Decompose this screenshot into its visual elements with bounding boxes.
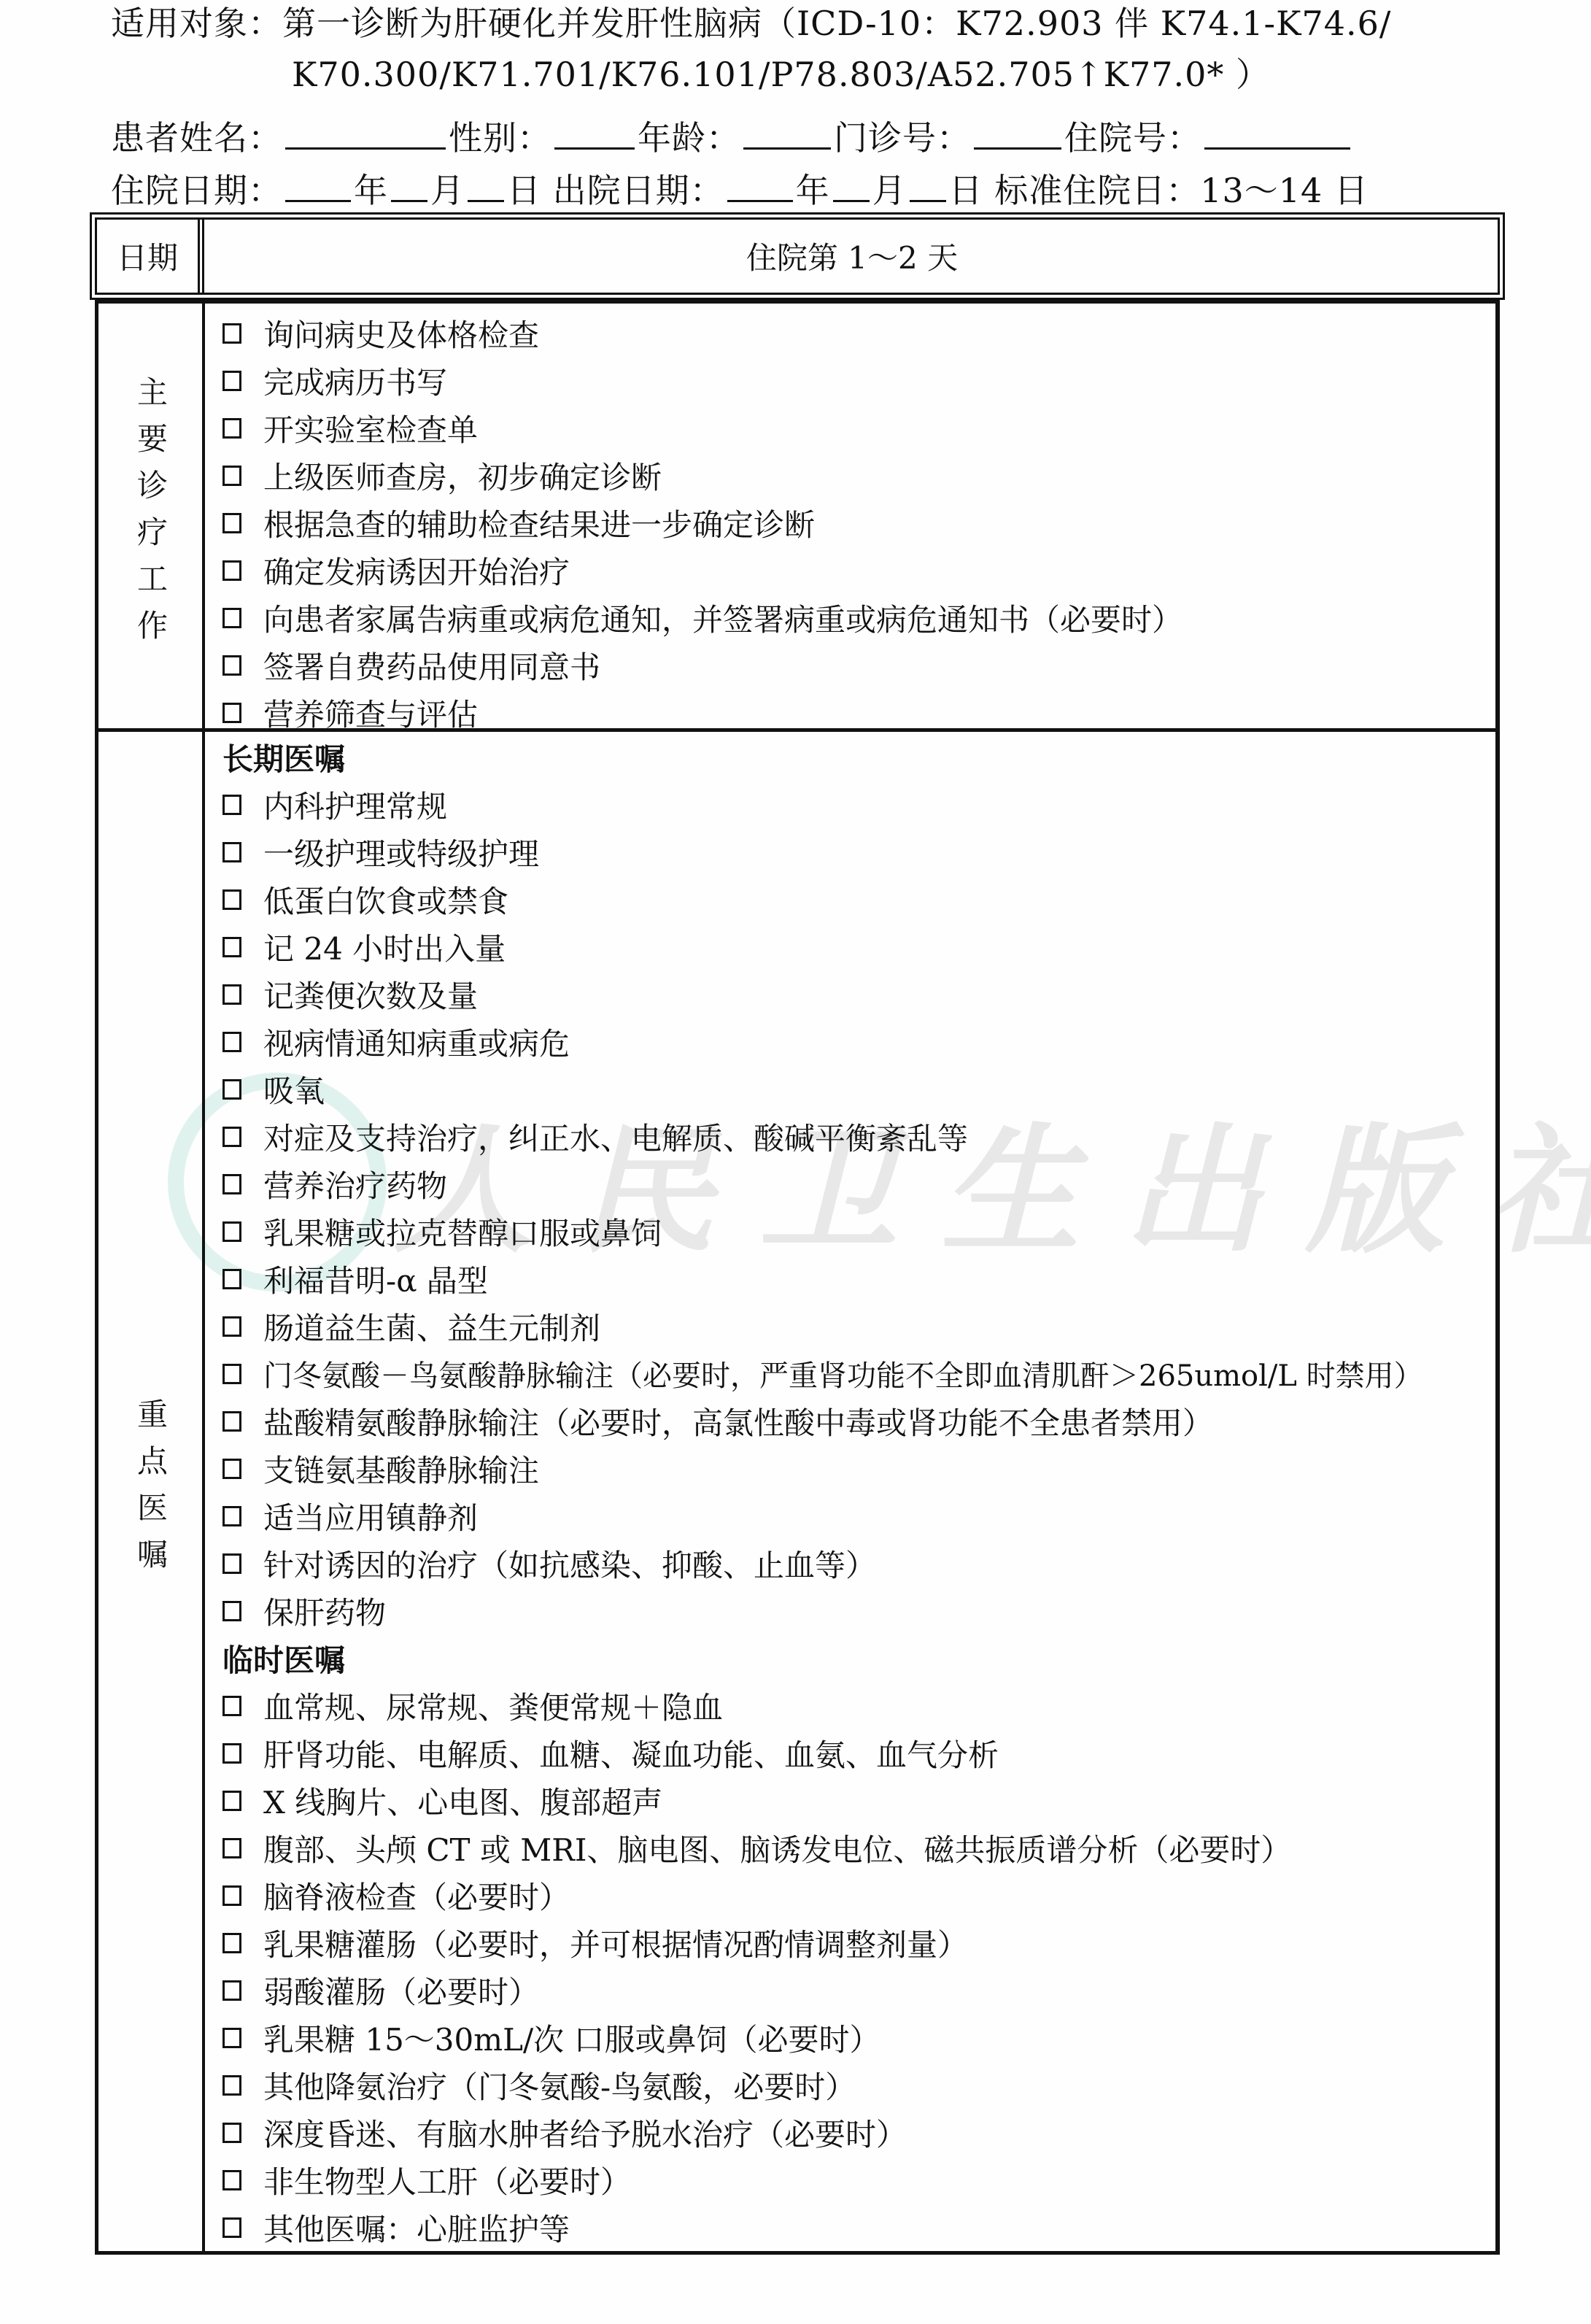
discharge-date-label: 出院日期：: [553, 171, 724, 210]
checklist-item: 门冬氨酸－鸟氨酸静脉输注（必要时，严重肾功能不全即血清肌酐＞265umol/L …: [222, 1350, 1495, 1397]
checklist-item: 其他医嘱：心脏监护等: [222, 2204, 1495, 2251]
checkbox[interactable]: [222, 1553, 241, 1574]
checkbox[interactable]: [222, 1032, 241, 1052]
checkbox[interactable]: [222, 608, 241, 628]
applicable-line-1: 适用对象：第一诊断为肝硬化并发肝性脑病（ICD-10：K72.903 伴 K74…: [111, 1, 1391, 45]
gender-label: 性别：: [449, 118, 551, 158]
checklist-item: 保肝药物: [222, 1587, 1495, 1634]
dates-line: 住院日期：年月日 出院日期：年月日 标准住院日：13～14 日: [111, 168, 1369, 212]
table-header-row: 日期 住院第 1～2 天: [95, 217, 1500, 295]
section-main-work: 主要诊疗工作 询问病史及体格检查 完成病历书写 开实验室检查单 上级医师查房，初…: [95, 300, 1500, 732]
checkbox[interactable]: [222, 2075, 241, 2096]
applicable-text-2: K70.300/K71.701/K76.101/P78.803/A52.705↑…: [292, 55, 1270, 94]
checkbox[interactable]: [222, 937, 241, 957]
checklist-item: 低蛋白饮食或禁食: [222, 876, 1495, 923]
checkbox[interactable]: [222, 1174, 241, 1194]
checkbox[interactable]: [222, 1221, 241, 1242]
checklist-item: 非生物型人工肝（必要时）: [222, 2156, 1495, 2204]
long-term-orders-title: 长期医嘱: [222, 733, 1495, 781]
checklist-item: 乳果糖 15～30mL/次 口服或鼻饲（必要时）: [222, 2014, 1495, 2061]
checklist-item: 脑脊液检查（必要时）: [222, 1872, 1495, 1919]
checklist-item: 记粪便次数及量: [222, 970, 1495, 1018]
checkbox[interactable]: [222, 1791, 241, 1811]
checklist-item: 视病情通知病重或病危: [222, 1018, 1495, 1065]
checklist-item: 确定发病诱因开始治疗: [222, 547, 1495, 594]
discharge-month-field[interactable]: [833, 168, 870, 202]
applicable-label: 适用对象：: [111, 4, 282, 43]
patient-name-label: 患者姓名：: [111, 118, 282, 158]
checklist-item: 询问病史及体格检查: [222, 309, 1495, 357]
outpatient-no-field[interactable]: [974, 115, 1061, 150]
checklist-item: 乳果糖灌肠（必要时，并可根据情况酌情调整剂量）: [222, 1919, 1495, 1966]
checkbox[interactable]: [222, 1459, 241, 1479]
checkbox[interactable]: [222, 2028, 241, 2048]
checklist-item: 深度昏迷、有脑水肿者给予脱水治疗（必要时）: [222, 2109, 1495, 2156]
checkbox[interactable]: [222, 655, 241, 676]
admission-day-field[interactable]: [468, 168, 504, 202]
checkbox[interactable]: [222, 560, 241, 581]
checklist-item: 营养筛查与评估: [222, 689, 1495, 736]
checkbox[interactable]: [222, 1506, 241, 1526]
checklist-item: 开实验室检查单: [222, 404, 1495, 452]
standard-stay-label: 标准住院日：: [994, 171, 1200, 210]
checklist-item: 肠道益生菌、益生元制剂: [222, 1302, 1495, 1350]
section-label-main-work: 主要诊疗工作: [98, 304, 205, 728]
day-label: 日: [507, 171, 541, 210]
admission-date-label: 住院日期：: [111, 171, 282, 210]
checkbox[interactable]: [222, 2217, 241, 2238]
checkbox[interactable]: [222, 1079, 241, 1100]
checkbox[interactable]: [222, 1838, 241, 1858]
checkbox[interactable]: [222, 418, 241, 439]
checklist-item: 对症及支持治疗，纠正水、电解质、酸碱平衡紊乱等: [222, 1113, 1495, 1160]
checkbox[interactable]: [222, 466, 241, 486]
age-field[interactable]: [743, 115, 831, 150]
discharge-year-field[interactable]: [727, 168, 793, 202]
applicable-text-1: 第一诊断为肝硬化并发肝性脑病（ICD-10：K72.903 伴 K74.1-K7…: [282, 4, 1391, 43]
applicable-line-2: K70.300/K71.701/K76.101/P78.803/A52.705↑…: [292, 53, 1270, 96]
checklist-item: 上级医师查房，初步确定诊断: [222, 452, 1495, 499]
checklist-item: 一级护理或特级护理: [222, 828, 1495, 876]
checklist-item: 肝肾功能、电解质、血糖、凝血功能、血氨、血气分析: [222, 1729, 1495, 1777]
checkbox[interactable]: [222, 1933, 241, 1953]
checklist-item: 营养治疗药物: [222, 1160, 1495, 1208]
checkbox[interactable]: [222, 703, 241, 723]
checklist-item: 利福昔明-α 晶型: [222, 1255, 1495, 1302]
checklist-item: 根据急查的辅助检查结果进一步确定诊断: [222, 499, 1495, 547]
checkbox[interactable]: [222, 323, 241, 344]
patient-info-line: 患者姓名：性别：年龄：门诊号：住院号：: [111, 115, 1353, 160]
checklist-item: 完成病历书写: [222, 357, 1495, 404]
year-label: 年: [796, 171, 830, 210]
section-label-key-orders: 重点医嘱: [98, 732, 205, 2251]
date-column-header: 日期: [97, 220, 200, 293]
checklist-item: 支链氨基酸静脉输注: [222, 1445, 1495, 1492]
checkbox[interactable]: [222, 1269, 241, 1289]
checkbox[interactable]: [222, 513, 241, 533]
checklist-item: 内科护理常规: [222, 781, 1495, 828]
discharge-day-field[interactable]: [910, 168, 946, 202]
day-range-header: 住院第 1～2 天: [206, 220, 1498, 293]
day-label: 日: [949, 171, 983, 210]
checkbox[interactable]: [222, 889, 241, 910]
checkbox[interactable]: [222, 984, 241, 1005]
month-label: 月: [872, 171, 907, 210]
checkbox[interactable]: [222, 371, 241, 391]
inpatient-no-field[interactable]: [1204, 115, 1350, 150]
year-label: 年: [354, 171, 388, 210]
standard-stay-value: 13～14 日: [1200, 171, 1369, 210]
checklist-item: 腹部、头颅 CT 或 MRI、脑电图、脑诱发电位、磁共振质谱分析（必要时）: [222, 1824, 1495, 1872]
checkbox[interactable]: [222, 1411, 241, 1432]
checklist-item: 适当应用镇静剂: [222, 1492, 1495, 1540]
checklist-item: X 线胸片、心电图、腹部超声: [222, 1777, 1495, 1824]
checkbox[interactable]: [222, 1980, 241, 2001]
age-label: 年龄：: [638, 118, 740, 158]
checkbox[interactable]: [222, 1601, 241, 1621]
temporary-orders-title: 临时医嘱: [222, 1634, 1495, 1682]
checkbox[interactable]: [222, 795, 241, 815]
checkbox[interactable]: [222, 842, 241, 862]
checkbox[interactable]: [222, 1364, 241, 1384]
outpatient-no-label: 门诊号：: [834, 118, 971, 158]
checklist-item: 盐酸精氨酸静脉输注（必要时，高氯性酸中毒或肾功能不全患者禁用）: [222, 1397, 1495, 1445]
month-label: 月: [430, 171, 465, 210]
admission-month-field[interactable]: [391, 168, 427, 202]
checklist-item: 签署自费药品使用同意书: [222, 641, 1495, 689]
checklist-item: 向患者家属告病重或病危通知，并签署病重或病危通知书（必要时）: [222, 594, 1495, 641]
patient-name-field[interactable]: [285, 115, 446, 150]
checklist-item: 血常规、尿常规、粪便常规＋隐血: [222, 1682, 1495, 1729]
admission-year-field[interactable]: [285, 168, 351, 202]
checklist-item: 针对诱因的治疗（如抗感染、抑酸、止血等）: [222, 1540, 1495, 1587]
checklist-item: 吸氧: [222, 1065, 1495, 1113]
clinical-pathway-table: 日期 住院第 1～2 天 主要诊疗工作 询问病史及体格检查 完成病历书写 开实验…: [95, 217, 1500, 2255]
checklist-item: 其他降氨治疗（门冬氨酸-鸟氨酸，必要时）: [222, 2061, 1495, 2109]
gender-field[interactable]: [554, 115, 635, 150]
checkbox[interactable]: [222, 2123, 241, 2143]
checkbox[interactable]: [222, 1316, 241, 1337]
section-key-orders: 重点医嘱 长期医嘱 内科护理常规 一级护理或特级护理 低蛋白饮食或禁食 记 24…: [95, 732, 1500, 2255]
checkbox[interactable]: [222, 1743, 241, 1764]
checklist-item: 乳果糖或拉克替醇口服或鼻饲: [222, 1208, 1495, 1255]
inpatient-no-label: 住院号：: [1064, 118, 1201, 158]
checkbox[interactable]: [222, 2170, 241, 2190]
checklist-item: 弱酸灌肠（必要时）: [222, 1966, 1495, 2014]
checkbox[interactable]: [222, 1885, 241, 1906]
checklist-item: 记 24 小时出入量: [222, 923, 1495, 970]
checkbox[interactable]: [222, 1696, 241, 1716]
checkbox[interactable]: [222, 1127, 241, 1147]
